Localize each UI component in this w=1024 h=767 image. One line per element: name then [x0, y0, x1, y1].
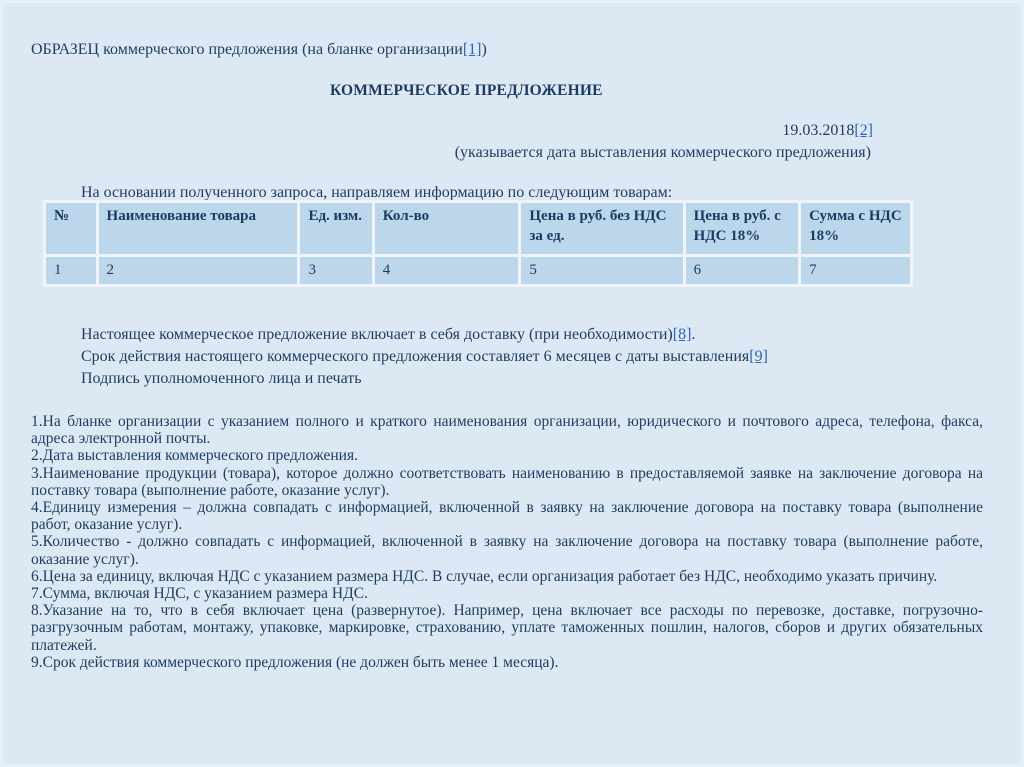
- column-header-price-no-vat: Цена в руб. без НДС за ед.: [521, 203, 682, 254]
- column-header-unit: Ед. изм.: [300, 203, 371, 254]
- footnote-item: 5.Количество - должно совпадать с информ…: [31, 533, 983, 567]
- footnote-link-2[interactable]: [2]: [854, 122, 873, 139]
- table-header-row: № Наименование товара Ед. изм. Кол-во Це…: [46, 203, 910, 254]
- footnote-item: 2.Дата выставления коммерческого предлож…: [31, 447, 983, 464]
- footnote-item: 7.Сумма, включая НДС, с указанием размер…: [31, 585, 983, 602]
- column-header-number: №: [46, 203, 96, 254]
- table-cell: 1: [46, 257, 96, 284]
- footnote-link-9[interactable]: [9]: [749, 348, 768, 365]
- sample-heading: ОБРАЗЕЦ коммерческого предложения (на бл…: [31, 41, 487, 59]
- sample-heading-close: ): [482, 41, 487, 58]
- footnote-item: 3.Наименование продукции (товара), котор…: [31, 465, 983, 499]
- table-cell: 5: [521, 257, 682, 284]
- table-cell: 2: [99, 257, 298, 284]
- column-header-price-vat: Цена в руб. с НДС 18%: [686, 203, 798, 254]
- footnote-item: 4.Единицу измерения – должна совпадать с…: [31, 499, 983, 533]
- sample-heading-text: ОБРАЗЕЦ коммерческого предложения (на бл…: [31, 41, 463, 58]
- column-header-name: Наименование товара: [99, 203, 298, 254]
- table-row: 1 2 3 4 5 6 7: [46, 257, 910, 284]
- table-cell: 7: [801, 257, 910, 284]
- footnote-item: 6.Цена за единицу, включая НДС с указани…: [31, 568, 983, 585]
- goods-table: № Наименование товара Ед. изм. Кол-во Це…: [43, 200, 913, 287]
- footnote-link-1[interactable]: [1]: [463, 41, 482, 58]
- offer-date: 19.03.2018[2]: [782, 122, 873, 140]
- footnotes-list: 1.На бланке организации с указанием полн…: [31, 413, 983, 671]
- offer-date-note: (указывается дата выставления коммерческ…: [455, 144, 871, 162]
- column-header-quantity: Кол-во: [375, 203, 519, 254]
- table-cell: 4: [375, 257, 519, 284]
- validity-term: Срок действия настоящего коммерческого п…: [81, 348, 768, 366]
- delivery-term-end: .: [691, 326, 695, 343]
- slide: ОБРАЗЕЦ коммерческого предложения (на бл…: [2, 2, 1022, 765]
- footnote-link-8[interactable]: [8]: [673, 326, 692, 343]
- offer-date-value: 19.03.2018: [782, 122, 854, 139]
- table-cell: 3: [300, 257, 371, 284]
- delivery-term-text: Настоящее коммерческое предложение включ…: [81, 326, 673, 343]
- delivery-term: Настоящее коммерческое предложение включ…: [81, 326, 695, 344]
- validity-term-text: Срок действия настоящего коммерческого п…: [81, 348, 749, 365]
- column-header-sum-vat: Сумма с НДС 18%: [801, 203, 910, 254]
- signature-line: Подпись уполномоченного лица и печать: [81, 370, 362, 388]
- footnote-item: 1.На бланке организации с указанием полн…: [31, 413, 983, 447]
- document-title: КОММЕРЧЕСКОЕ ПРЕДЛОЖЕНИЕ: [330, 82, 603, 100]
- footnote-item: 8.Указание на то, что в себя включает це…: [31, 602, 983, 654]
- table-cell: 6: [686, 257, 798, 284]
- footnote-item: 9.Срок действия коммерческого предложени…: [31, 654, 983, 671]
